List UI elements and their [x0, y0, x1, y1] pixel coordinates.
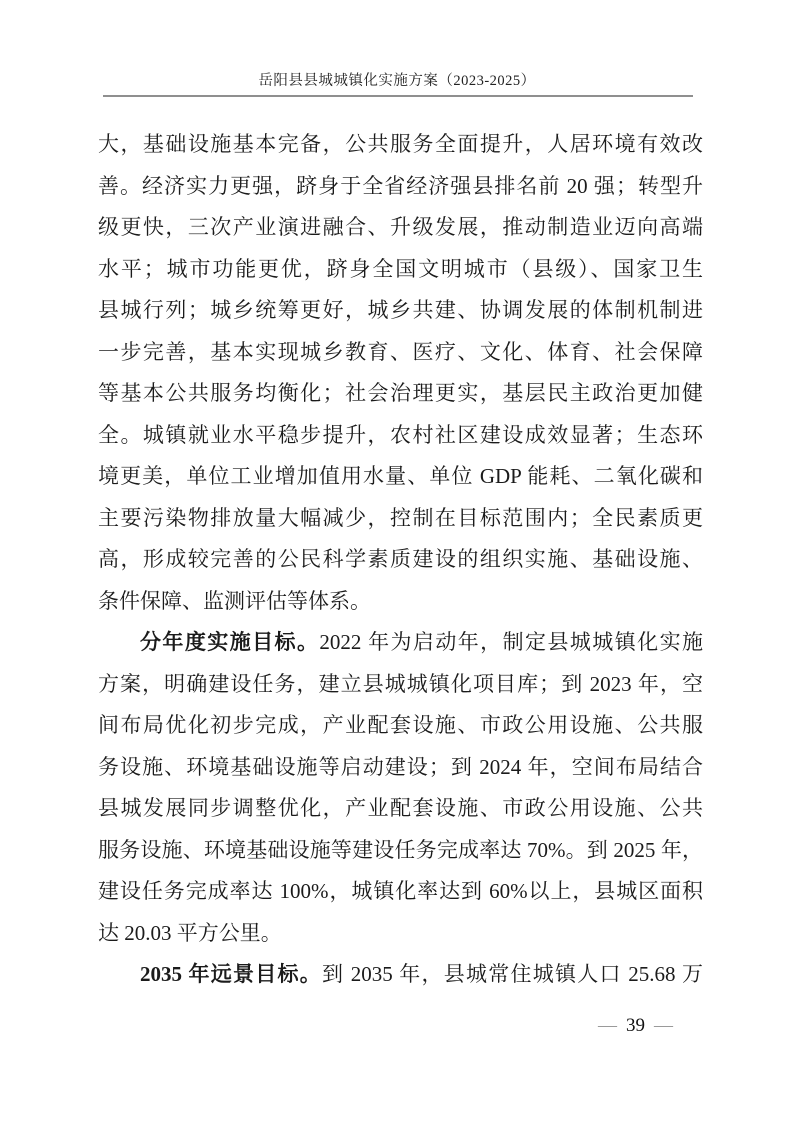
paragraph-overall-goals-continued: 大，基础设施基本完备，公共服务全面提升，人居环境有效改善。经济实力更强，跻身于全… [98, 124, 703, 622]
text-line: 县城行列；城乡统筹更好，城乡共建、协调发展的体制机制进 [98, 290, 703, 332]
paragraph-annual-implementation-targets: 分年度实施目标。2022 年为启动年，制定县城城镇化实施方案，明确建设任务，建立… [98, 622, 703, 954]
text-line: 大，基础设施基本完备，公共服务全面提升，人居环境有效改 [98, 124, 703, 166]
document-page: 岳阳县县城城镇化实施方案（2023-2025） 大，基础设施基本完备，公共服务全… [0, 0, 794, 1122]
text-line: 全。城镇就业水平稳步提升，农村社区建设成效显著；生态环 [98, 415, 703, 457]
text-line: 条件保障、监测评估等体系。 [98, 581, 703, 623]
text-line: 境更美，单位工业增加值用水量、单位 GDP 能耗、二氧化碳和 [98, 456, 703, 498]
page-number: 39 [626, 1015, 645, 1036]
header-title: 岳阳县县城城镇化实施方案（2023-2025） [0, 71, 794, 91]
text-line: 级更快，三次产业演进融合、升级发展，推动制造业迈向高端 [98, 207, 703, 249]
page-footer: —39— [598, 1015, 673, 1037]
text-line: 水平；城市功能更优，跻身全国文明城市（县级）、国家卫生 [98, 249, 703, 291]
text-line: 善。经济实力更强，跻身于全省经济强县排名前 20 强；转型升 [98, 166, 703, 208]
text-line: 分年度实施目标。2022 年为启动年，制定县城城镇化实施 [98, 622, 703, 664]
footer-dash-right: — [654, 1015, 673, 1036]
text-line: 等基本公共服务均衡化；社会治理更实，基层民主政治更加健 [98, 373, 703, 415]
text-line: 建设任务完成率达 100%，城镇化率达到 60%以上，县城区面积 [98, 871, 703, 913]
text-line: 达 20.03 平方公里。 [98, 913, 703, 955]
text-line: 间布局优化初步完成，产业配套设施、市政公用设施、公共服 [98, 705, 703, 747]
paragraph-lead: 分年度实施目标。 [140, 630, 319, 654]
text-line: 服务设施、环境基础设施等建设任务完成率达 70%。到 2025 年， [98, 830, 703, 872]
text-line: 务设施、环境基础设施等启动建设；到 2024 年，空间布局结合 [98, 747, 703, 789]
header-rule [103, 95, 693, 97]
text-line: 方案，明确建设任务，建立县城城镇化项目库；到 2023 年，空 [98, 664, 703, 706]
footer-dash-left: — [598, 1015, 617, 1036]
text-line: 一步完善，基本实现城乡教育、医疗、文化、体育、社会保障 [98, 332, 703, 374]
text-line: 2035 年远景目标。到 2035 年，县城常住城镇人口 25.68 万 [98, 954, 703, 996]
text-line: 高，形成较完善的公民科学素质建设的组织实施、基础设施、 [98, 539, 703, 581]
paragraph-lead: 2035 年远景目标。 [140, 962, 322, 986]
text-line: 主要污染物排放量大幅减少，控制在目标范围内；全民素质更 [98, 498, 703, 540]
paragraph-2035-vision-targets: 2035 年远景目标。到 2035 年，县城常住城镇人口 25.68 万 [98, 954, 703, 996]
text-line: 县城发展同步调整优化，产业配套设施、市政公用设施、公共 [98, 788, 703, 830]
document-body: 大，基础设施基本完备，公共服务全面提升，人居环境有效改善。经济实力更强，跻身于全… [98, 124, 703, 996]
